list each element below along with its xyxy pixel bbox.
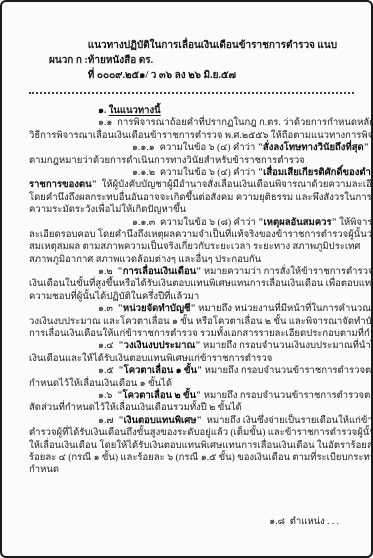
body-text: ให้พิจารณา bbox=[369, 143, 373, 153]
body-text: โดยคำนึงถึงผลกระทบอื่นอันอาจจะเกิดขึ้นต่… bbox=[29, 193, 373, 203]
text-line: ร้อยละ ๔ (กรณี ๑ ขั้น) และร้อยละ ๖ (กรณี… bbox=[29, 452, 354, 464]
body-text: หมายถึง กรอบจำนวนข้าราชการตำรวจตาม bbox=[201, 391, 373, 401]
emphasized-term: "เงินตอบแทนพิเศษ" bbox=[118, 416, 202, 426]
text-line: ๑.๔ "วงเงินงบประมาณ" หมายถึง กรอบจำนวนเง… bbox=[29, 340, 354, 352]
emphasized-term: "โควตาเลื่อน ๑ ขั้น" bbox=[118, 366, 202, 376]
body-text: ๑.๔ bbox=[98, 341, 118, 351]
dotted-divider bbox=[29, 92, 354, 94]
body-text: วงเงินงบประมาณ และโควตาเลื่อน ๑ ขั้น หรื… bbox=[29, 317, 373, 327]
text-line: ๑.๑.๑ ความในข้อ ๖ (๔) คำว่า "สั่งลงโทษทา… bbox=[29, 142, 354, 154]
body-text: ตามกฎหมายว่าด้วยการดำเนินการทางวินัยสำหร… bbox=[29, 156, 305, 166]
text-line: ๑. ในแนวทางนี้ bbox=[29, 105, 354, 117]
text-line: สภาพภูมิอากาศ สภาพแวดล้อมต่างๆ และอื่นๆ … bbox=[29, 254, 354, 266]
emphasized-term: "โควตาเลื่อน ๒ ขั้น" bbox=[117, 391, 201, 401]
emphasized-term: ราชการของตน" bbox=[29, 180, 97, 190]
text-line: กำหนด bbox=[29, 464, 354, 476]
body-text: ๑.๗ bbox=[98, 416, 118, 426]
body-text: สัดส่วนที่กำหนดไว้ให้เลื่อนเงินเดือนรวมท… bbox=[29, 403, 242, 413]
document-page: ผนวก ก : แนวทางปฏิบัติในการเลื่อนเงินเดื… bbox=[0, 0, 373, 558]
text-line: สมเหตุสมผล ตามสภาพความเป็นจริงเกี่ยวกับร… bbox=[29, 241, 354, 253]
body-text: ๑.๒ bbox=[98, 267, 117, 277]
catchword-next-item: ๑.๘ ตำแหน่ง . . . bbox=[269, 514, 339, 529]
document-content: ผนวก ก : แนวทางปฏิบัติในการเลื่อนเงินเดื… bbox=[29, 38, 354, 477]
text-line: ๑.๓ "หน่วยจัดทำบัญชี" หมายถึง หน่วยงานที… bbox=[29, 303, 354, 315]
text-line: ตำรวจผู้ที่ได้รับเงินเดือนถึงขั้นสูงของร… bbox=[29, 427, 354, 439]
text-line: ๑.๑.๓ ความในข้อ ๖ (๘) คำว่า "เหตุผลอันสม… bbox=[29, 217, 354, 229]
text-line: ให้เลื่อนเงินเดือน โดยให้ได้รับเงินตอบแท… bbox=[29, 440, 354, 452]
body-text: กำหนด bbox=[29, 465, 59, 475]
body-text: การเลื่อนเงินเดือนให้แก่ข้าราชการตำรวจ ร… bbox=[29, 329, 373, 339]
text-line: กำหนดไว้ให้เลื่อนเงินเดือน ๑ ขั้นได้ bbox=[29, 378, 354, 390]
body-text: เงินเดือนและให้ได้รับเงินตอบแทนพิเศษแก่ข… bbox=[29, 354, 272, 364]
body-text: ๑.๑.๑ ความในข้อ ๖ (๔) คำว่า bbox=[132, 143, 258, 153]
emphasized-term: "หน่วยจัดทำบัญชี" bbox=[118, 304, 196, 314]
text-line: โดยคำนึงถึงผลกระทบอื่นอันอาจจะเกิดขึ้นต่… bbox=[29, 192, 354, 204]
body-text: ๑.๑ การพิจารณาถ้อยคำที่ปรากฏในกฎ ก.ตร. ว… bbox=[98, 118, 373, 128]
text-line: ๑.๒ "การเลื่อนเงินเดือน" หมายความว่า การ… bbox=[29, 266, 354, 278]
emphasized-term: "สั่งลงโทษทางวินัยถึงที่สุด" bbox=[258, 143, 369, 153]
body-text: หมายถึง กรอบจำนวนเงินงบประมาณที่นำไปใช้เ… bbox=[201, 341, 373, 351]
body-text: ๑.๖ bbox=[98, 391, 117, 401]
text-line: ๑.๑.๒ ความในข้อ ๖ (๔) คำว่า "เสื่อมเสียเ… bbox=[29, 167, 354, 179]
body-text: หมายความว่า การสั่งให้ข้าราชการตำรวจได้ร… bbox=[201, 267, 373, 277]
appendix-label-text: ผนวก ก bbox=[49, 55, 82, 66]
text-line: เงินเดือนในขั้นที่สูงขึ้นหรือได้รับเงินต… bbox=[29, 278, 354, 290]
body-text: ๑.๓ bbox=[98, 304, 118, 314]
body-text: ร้อยละ ๔ (กรณี ๑ ขั้น) และร้อยละ ๖ (กรณี… bbox=[29, 453, 373, 463]
body-text: หมายถึง หน่วยงานที่มีหน้าที่ในการคำนวณแล… bbox=[196, 304, 373, 314]
text-line: การเลื่อนเงินเดือนให้แก่ข้าราชการตำรวจ ร… bbox=[29, 328, 354, 340]
body-text: ให้พิจารณาด้วยความ bbox=[337, 218, 373, 228]
body-text: ๑.๑.๒ ความในข้อ ๖ (๔) คำว่า bbox=[132, 168, 258, 178]
body-text: สภาพภูมิอากาศ สภาพแวดล้อมต่างๆ และอื่นๆ … bbox=[29, 255, 261, 265]
body-text: หมายถึง กรอบจำนวนข้าราชการตำรวจตามสัดส่ว… bbox=[202, 366, 373, 376]
emphasized-term: "เสื่อมเสียเกียรติศักดิ์ของตำแหน่งหน้าที… bbox=[258, 168, 373, 178]
text-line: ๑.๖ "โควตาเลื่อน ๒ ขั้น" หมายถึง กรอบจำน… bbox=[29, 390, 354, 402]
body-text: ความชอบที่ผู้นั้นได้ปฏิบัติในครึ่งปีที่แ… bbox=[29, 292, 199, 302]
appendix-label: ผนวก ก : bbox=[29, 38, 88, 83]
body-text: ๑.๑.๓ ความในข้อ ๖ (๘) คำว่า bbox=[132, 218, 258, 228]
header-title-line1: แนวทางปฏิบัติในการเลื่อนเงินเดือนข้าราชก… bbox=[88, 38, 354, 68]
body-text: ตำรวจผู้ที่ได้รับเงินเดือนถึงขั้นสูงของร… bbox=[29, 428, 373, 438]
text-line: ราชการของตน" ให้ผู้บังคับบัญชาผู้มีอำนาจ… bbox=[29, 179, 354, 191]
body-text: กำหนดไว้ให้เลื่อนเงินเดือน ๑ ขั้นได้ bbox=[29, 379, 172, 389]
text-line: ๑.๕ "โควตาเลื่อน ๑ ขั้น" หมายถึง กรอบจำน… bbox=[29, 365, 354, 377]
body-text: ให้ผู้บังคับบัญชาผู้มีอำนาจสั่งเลื่อนเงิ… bbox=[97, 180, 373, 190]
text-line: วิธีการพิจารณาเลื่อนเงินเดือนข้าราชการตำ… bbox=[29, 130, 354, 142]
emphasized-term: ๑. bbox=[98, 106, 109, 116]
emphasized-term: "เหตุผลอันสมควร" bbox=[258, 218, 337, 228]
text-line: ความระมัดระวังเพื่อไม่ให้เกิดปัญหาขึ้น bbox=[29, 204, 354, 216]
header-title-line2: ที่ ๐๐๐๙.๒๕๑/ ว ๓๖ ลง ๒๖ มิ.ย.๕๗ bbox=[88, 68, 354, 83]
page-header: ผนวก ก : แนวทางปฏิบัติในการเลื่อนเงินเดื… bbox=[29, 38, 354, 83]
emphasized-term: "วงเงินงบประมาณ" bbox=[118, 341, 200, 351]
text-line: ตามกฎหมายว่าด้วยการดำเนินการทางวินัยสำหร… bbox=[29, 155, 354, 167]
text-line: เงินเดือนและให้ได้รับเงินตอบแทนพิเศษแก่ข… bbox=[29, 353, 354, 365]
emphasized-term: ในแนวทางนี้ bbox=[109, 106, 161, 116]
document-body: ๑. ในแนวทางนี้๑.๑ การพิจารณาถ้อยคำที่ปรา… bbox=[29, 105, 354, 477]
body-text: สมเหตุสมผล ตามสภาพความเป็นจริงเกี่ยวกับร… bbox=[29, 242, 360, 252]
text-line: สัดส่วนที่กำหนดไว้ให้เลื่อนเงินเดือนรวมท… bbox=[29, 402, 354, 414]
text-line: ๑.๑ การพิจารณาถ้อยคำที่ปรากฏในกฎ ก.ตร. ว… bbox=[29, 117, 354, 129]
body-text: ความระมัดระวังเพื่อไม่ให้เกิดปัญหาขึ้น bbox=[29, 205, 186, 215]
text-line: ๑.๗ "เงินตอบแทนพิเศษ" หมายถึง เงินซึ่งจ่… bbox=[29, 415, 354, 427]
body-text: ละเอียดรอบคอบ โดยคำนึงถึงเหตุผลความจำเป็… bbox=[29, 230, 373, 240]
text-line: ละเอียดรอบคอบ โดยคำนึงถึงเหตุผลความจำเป็… bbox=[29, 229, 354, 241]
text-line: วงเงินงบประมาณ และโควตาเลื่อน ๑ ขั้น หรื… bbox=[29, 316, 354, 328]
body-text: ให้เลื่อนเงินเดือน โดยให้ได้รับเงินตอบแท… bbox=[29, 441, 373, 451]
body-text: ๑.๕ bbox=[98, 366, 118, 376]
text-line: ความชอบที่ผู้นั้นได้ปฏิบัติในครึ่งปีที่แ… bbox=[29, 291, 354, 303]
body-text: เงินเดือนในขั้นที่สูงขึ้นหรือได้รับเงินต… bbox=[29, 279, 373, 289]
body-text: วิธีการพิจารณาเลื่อนเงินเดือนข้าราชการตำ… bbox=[29, 131, 373, 141]
emphasized-term: "การเลื่อนเงินเดือน" bbox=[117, 267, 201, 277]
header-title-block: แนวทางปฏิบัติในการเลื่อนเงินเดือนข้าราชก… bbox=[88, 38, 354, 83]
body-text: หมายถึง เงินซึ่งจ่ายเป็นรายเดือนให้แก่ข้… bbox=[202, 416, 373, 426]
